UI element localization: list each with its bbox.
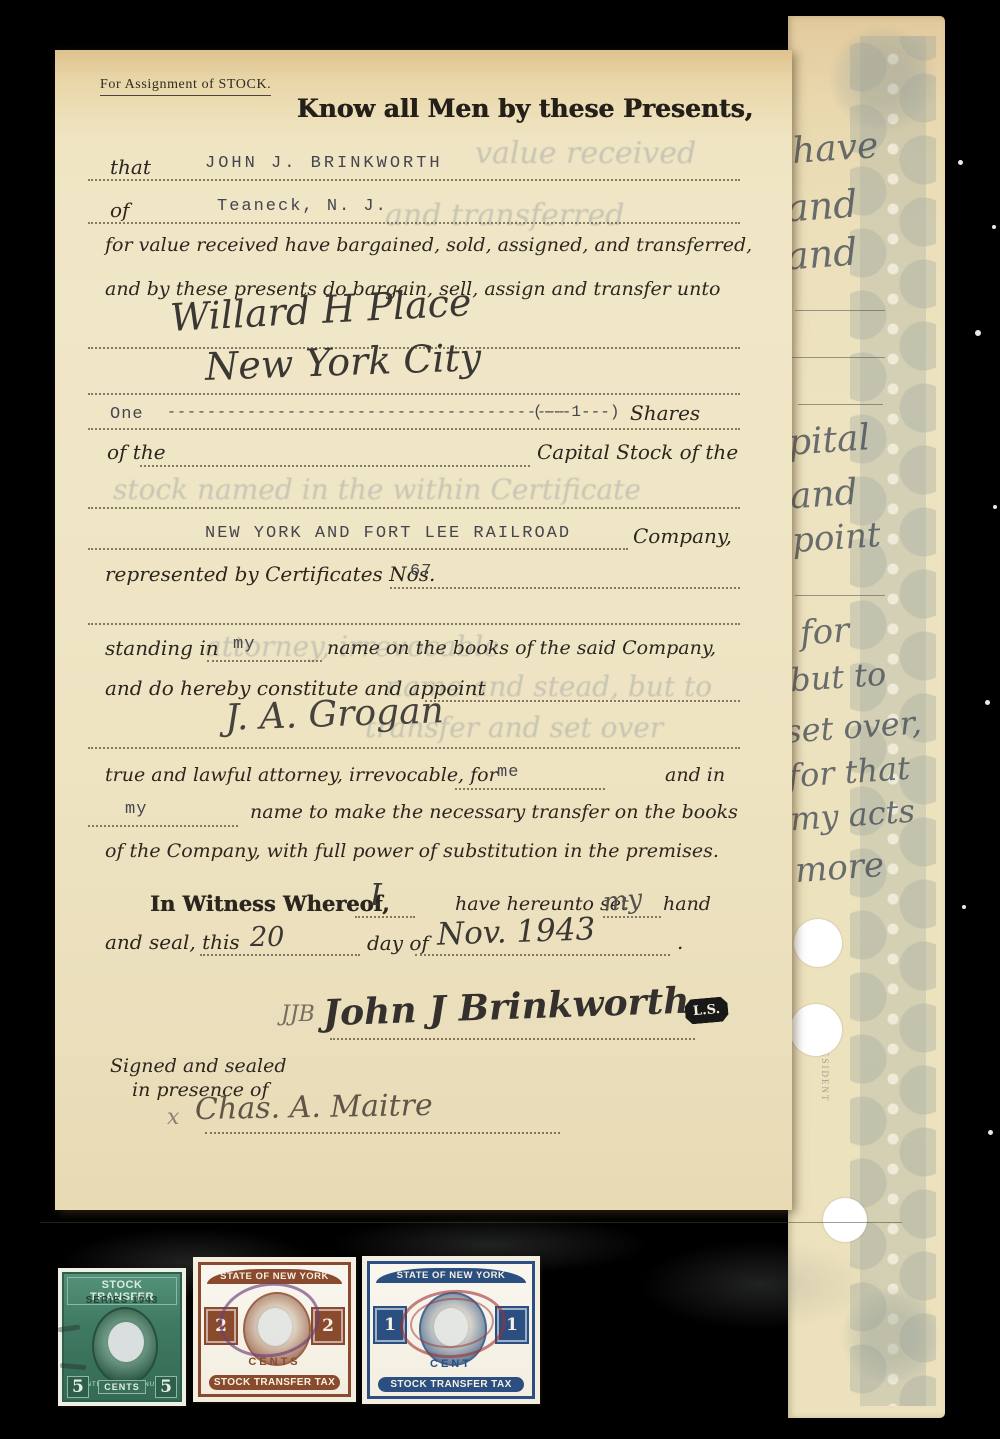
showthrough-rule bbox=[795, 595, 885, 596]
dotted-line bbox=[200, 954, 360, 956]
initials-handwritten: JJB bbox=[281, 1002, 315, 1027]
shares-dashes-typed: ---------------------------------------- bbox=[167, 404, 567, 421]
denomination-unit: CENT bbox=[370, 1358, 532, 1370]
bleedthrough-text: value received bbox=[475, 136, 696, 171]
underlying-certificate-strip: have and and pital and point for but to … bbox=[788, 16, 945, 1418]
showthrough-word: and bbox=[788, 182, 859, 231]
dotted-line bbox=[88, 222, 740, 224]
stamp-denomination-row: 5 CENTS 5 bbox=[67, 1376, 177, 1398]
dotted-line bbox=[355, 916, 415, 918]
punch-hole bbox=[108, 1322, 144, 1362]
showthrough-word: more bbox=[794, 845, 886, 891]
stamp-frame: STATE OF NEW YORK 2 2 CENTS STOCK TRANSF… bbox=[198, 1262, 351, 1397]
clause-value-received: for value received have bargained, sold,… bbox=[105, 234, 752, 256]
standing-in-label: standing in bbox=[105, 636, 219, 660]
attorney-name-handwritten: J. A. Grogan bbox=[224, 690, 444, 739]
denomination-numeral: 1 bbox=[497, 1308, 527, 1342]
punch-hole bbox=[434, 1308, 468, 1346]
assignment-form-sheet: value received and transferred stock nam… bbox=[55, 50, 792, 1210]
signed-sealed-label: Signed and sealed bbox=[110, 1055, 287, 1077]
company-name-typed: NEW YORK AND FORT LEE RAILROAD bbox=[205, 524, 571, 543]
showthrough-word: and bbox=[789, 472, 859, 518]
name-value-typed: my bbox=[125, 800, 147, 819]
showthrough-word: have bbox=[791, 125, 880, 172]
shares-label: Shares bbox=[630, 401, 700, 425]
stamp-footer-banner: STOCK TRANSFER TAX bbox=[378, 1377, 524, 1392]
certificates-label: represented by Certificates Nos. bbox=[105, 562, 435, 586]
form-title: Know all Men by these Presents, bbox=[285, 94, 765, 123]
hand-label: hand bbox=[663, 893, 711, 915]
federal-stock-transfer-stamp: STOCK TRANSFER SERIES 1943 INTERNAL REVE… bbox=[58, 1268, 186, 1406]
certificate-corner-medallion bbox=[828, 24, 938, 134]
that-label: that bbox=[110, 155, 151, 179]
denomination-unit: CENTS bbox=[98, 1380, 146, 1394]
dust-speck bbox=[993, 505, 997, 509]
witness-mark-handwritten: x bbox=[167, 1105, 179, 1130]
dotted-line bbox=[88, 507, 740, 509]
dotted-line bbox=[207, 660, 322, 662]
cancel-smudge bbox=[60, 1363, 86, 1370]
assignor-residence-typed: Teaneck, N. J. bbox=[217, 197, 388, 216]
stamp-state-banner: STATE OF NEW YORK bbox=[376, 1268, 526, 1283]
transfer-books-label: name to make the necessary transfer on t… bbox=[250, 801, 738, 823]
dust-speck bbox=[992, 225, 996, 229]
premises-label: of the Company, with full power of subst… bbox=[105, 840, 719, 862]
denomination-numeral: 1 bbox=[375, 1308, 405, 1342]
dotted-line bbox=[455, 788, 605, 790]
dotted-line bbox=[425, 700, 740, 702]
showthrough-rule bbox=[790, 357, 885, 358]
books-label: name on the books of the said Company, bbox=[327, 637, 716, 659]
dotted-line bbox=[88, 623, 740, 625]
attorney-for-value-typed: me bbox=[497, 763, 519, 782]
denomination-numeral: 2 bbox=[206, 1309, 236, 1343]
dotted-line bbox=[88, 548, 628, 550]
punch-hole bbox=[794, 919, 842, 967]
of-the-label: of the bbox=[107, 440, 166, 464]
dotted-line bbox=[330, 1038, 695, 1040]
assignee-residence-handwritten: New York City bbox=[204, 335, 482, 389]
dotted-line bbox=[88, 428, 740, 430]
day-of-label: day of bbox=[367, 931, 429, 955]
dotted-line bbox=[88, 825, 238, 827]
bleedthrough-text: stock named in the within Certificate bbox=[113, 473, 641, 506]
ny-one-cent-stamp: STATE OF NEW YORK 1 1 CENT STOCK TRANSFE… bbox=[362, 1256, 540, 1404]
shares-figures-typed: (---1---) bbox=[533, 403, 619, 421]
in-witness-whereof-label: In Witness Whereof, bbox=[150, 891, 389, 916]
dust-speck bbox=[988, 1130, 993, 1135]
dotted-line bbox=[88, 747, 740, 749]
faint-engraving bbox=[640, 1240, 880, 1330]
witness-pronoun-handwritten: I bbox=[370, 878, 382, 913]
denomination-numeral: 5 bbox=[67, 1376, 89, 1398]
shares-written-typed: One bbox=[110, 405, 144, 424]
stamp-series-overprint: SERIES 1943 bbox=[64, 1295, 180, 1306]
witness-signature: Chas. A. Maitre bbox=[195, 1088, 433, 1127]
showthrough-word: pital bbox=[788, 417, 871, 464]
certificate-numbers-typed: 67 bbox=[410, 562, 432, 581]
showthrough-rule bbox=[795, 310, 885, 311]
sentence-period: . bbox=[677, 930, 683, 954]
dotted-line bbox=[88, 393, 740, 395]
showthrough-word: for bbox=[799, 610, 851, 653]
dust-speck bbox=[958, 160, 963, 165]
ny-two-cent-stamp: STATE OF NEW YORK 2 2 CENTS STOCK TRANSF… bbox=[193, 1257, 356, 1402]
attorney-label: true and lawful attorney, irrevocable, f… bbox=[105, 764, 498, 786]
dust-speck bbox=[962, 905, 966, 909]
company-label: Company, bbox=[633, 524, 732, 548]
ls-seal-badge: L.S. bbox=[684, 996, 729, 1025]
standing-in-value-typed: my bbox=[233, 635, 255, 654]
stamp-frame: STATE OF NEW YORK 1 1 CENT STOCK TRANSFE… bbox=[367, 1261, 535, 1399]
seal-date-handwritten: Nov. 1943 bbox=[436, 911, 595, 953]
denomination-unit: CENTS bbox=[201, 1356, 348, 1368]
punch-hole bbox=[790, 1004, 842, 1056]
punch-hole bbox=[823, 1198, 867, 1242]
and-seal-label: and seal, this bbox=[105, 930, 240, 954]
dust-speck bbox=[975, 330, 981, 336]
assignor-signature: John J Brinkworth bbox=[322, 980, 690, 1035]
showthrough-word: but to bbox=[789, 655, 888, 700]
stamp-footer-banner: STOCK TRANSFER TAX bbox=[209, 1375, 340, 1390]
punch-hole bbox=[258, 1308, 292, 1346]
dust-speck bbox=[985, 700, 990, 705]
dotted-line bbox=[390, 587, 740, 589]
dotted-line bbox=[88, 179, 740, 181]
witness-my-handwritten: my bbox=[602, 884, 644, 918]
bleedthrough-text: and transferred bbox=[385, 198, 624, 233]
showthrough-word: and bbox=[788, 230, 859, 279]
showthrough-word: point bbox=[791, 515, 882, 561]
cancel-smudge bbox=[58, 1324, 80, 1332]
denomination-numeral: 2 bbox=[313, 1309, 343, 1343]
dotted-line bbox=[140, 465, 530, 467]
capital-stock-label: Capital Stock of the bbox=[537, 440, 738, 464]
showthrough-rule bbox=[798, 404, 883, 405]
of-label: of bbox=[110, 198, 129, 222]
dotted-line bbox=[205, 1132, 560, 1134]
denomination-numeral: 5 bbox=[155, 1376, 177, 1398]
stamp-frame: STOCK TRANSFER SERIES 1943 INTERNAL REVE… bbox=[62, 1272, 182, 1402]
stamp-state-banner: STATE OF NEW YORK bbox=[207, 1269, 342, 1284]
seal-day-handwritten: 20 bbox=[250, 922, 284, 953]
assignor-name-typed: JOHN J. BRINKWORTH bbox=[205, 154, 443, 173]
and-in-label: and in bbox=[665, 764, 725, 786]
scanned-document-viewport: have and and pital and point for but to … bbox=[0, 0, 1000, 1439]
form-header-label: For Assignment of STOCK. bbox=[100, 77, 271, 96]
dotted-line bbox=[415, 954, 670, 956]
